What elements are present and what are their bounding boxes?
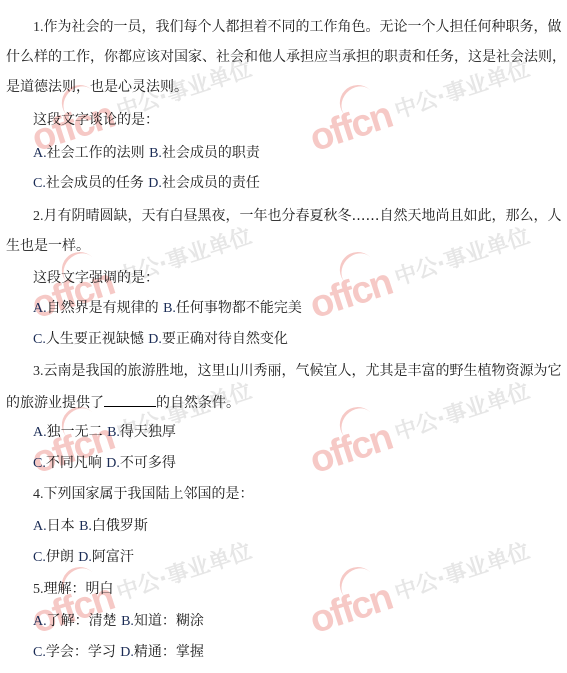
option-c: 不同凡响: [46, 455, 102, 471]
option-d: 要正确对待自然变化: [162, 331, 288, 347]
option-a: 社会工作的法则: [47, 145, 145, 161]
watermark: offcn中公·事业单位: [305, 49, 536, 161]
watermark: offcn中公·事业单位: [305, 371, 536, 483]
option-b: 白俄罗斯: [92, 518, 148, 534]
question-3-stem-line-2: 的旅游业提供了的自然条件。: [6, 393, 240, 411]
option-c: 学会：学习: [46, 644, 116, 660]
logo-swoosh-icon: [332, 400, 384, 452]
logo-swoosh-icon: [332, 560, 384, 612]
question-1-prompt: 这段文字谈论的是：: [33, 112, 159, 128]
watermark: offcn中公·事业单位: [305, 531, 536, 643]
offcn-logo-icon: offcn: [305, 261, 397, 327]
option-d: 精通：掌握: [134, 644, 204, 660]
question-2-prompt: 这段文字强调的是：: [33, 270, 159, 286]
question-5-options-ab: A.了解：清楚 B.知道：糊涂: [33, 613, 204, 630]
option-c: 人生要正视缺憾: [46, 331, 144, 347]
offcn-logo-icon: offcn: [305, 576, 397, 642]
option-c: 伊朗: [46, 549, 74, 565]
question-5-stem: 5.理解：明白: [33, 581, 114, 598]
question-3-options-cd: C.不同凡响 D.不可多得: [33, 455, 176, 472]
offcn-logo-icon: offcn: [305, 94, 397, 160]
logo-swoosh-icon: [332, 78, 384, 130]
logo-swoosh-icon: [332, 245, 384, 297]
question-1-options-cd: C.社会成员的任务 D.社会成员的责任: [33, 175, 260, 192]
option-b: 社会成员的职责: [162, 145, 260, 161]
question-1-options-ab: A.社会工作的法则 B.社会成员的职责: [33, 145, 260, 162]
option-d: 阿富汗: [92, 549, 134, 565]
question-1-stem-line-2: 什么样的工作，你都应该对国家、社会和他人承担应当承担的职责和任务，这是社会法则，: [6, 49, 566, 65]
option-b: 得天独厚: [120, 424, 176, 440]
option-b: 知道：糊涂: [134, 613, 204, 629]
option-a: 日本: [47, 518, 75, 534]
question-5-options-cd: C.学会：学习 D.精通：掌握: [33, 644, 204, 661]
fill-in-blank: [104, 393, 156, 407]
question-1-stem-line-3: 是道德法则，也是心灵法则。: [6, 79, 188, 95]
option-d: 不可多得: [120, 455, 176, 471]
question-3-options-ab: A.独一无二 B.得天独厚: [33, 424, 176, 441]
question-1-stem-line-1: 1.作为社会的一员，我们每个人都担着不同的工作角色。无论一个人担任何种职务，做: [33, 19, 562, 36]
question-4-stem: 4.下列国家属于我国陆上邻国的是：: [33, 486, 254, 503]
question-4-options-cd: C.伊朗 D.阿富汗: [33, 549, 134, 566]
option-a: 自然界是有规律的: [47, 300, 159, 316]
question-2-options-cd: C.人生要正视缺憾 D.要正确对待自然变化: [33, 331, 288, 348]
question-4-options-ab: A.日本 B.白俄罗斯: [33, 518, 148, 535]
option-a: 了解：清楚: [47, 613, 117, 629]
watermark: offcn中公·事业单位: [305, 216, 536, 328]
question-2-options-ab: A.自然界是有规律的 B.任何事物都不能完美: [33, 300, 302, 317]
question-2-stem-line-1: 2.月有阴晴圆缺，天有白昼黑夜，一年也分春夏秋冬……自然天地尚且如此，那么，人: [33, 208, 562, 225]
option-d: 社会成员的责任: [162, 175, 260, 191]
option-a: 独一无二: [47, 424, 103, 440]
question-3-stem-line-1: 3.云南是我国的旅游胜地，这里山川秀丽，气候宜人，尤其是丰富的野生植物资源为它: [33, 363, 562, 380]
question-2-stem-line-2: 生也是一样。: [6, 238, 90, 254]
option-c: 社会成员的任务: [46, 175, 144, 191]
option-b: 任何事物都不能完美: [176, 300, 302, 316]
offcn-logo-icon: offcn: [305, 416, 397, 482]
